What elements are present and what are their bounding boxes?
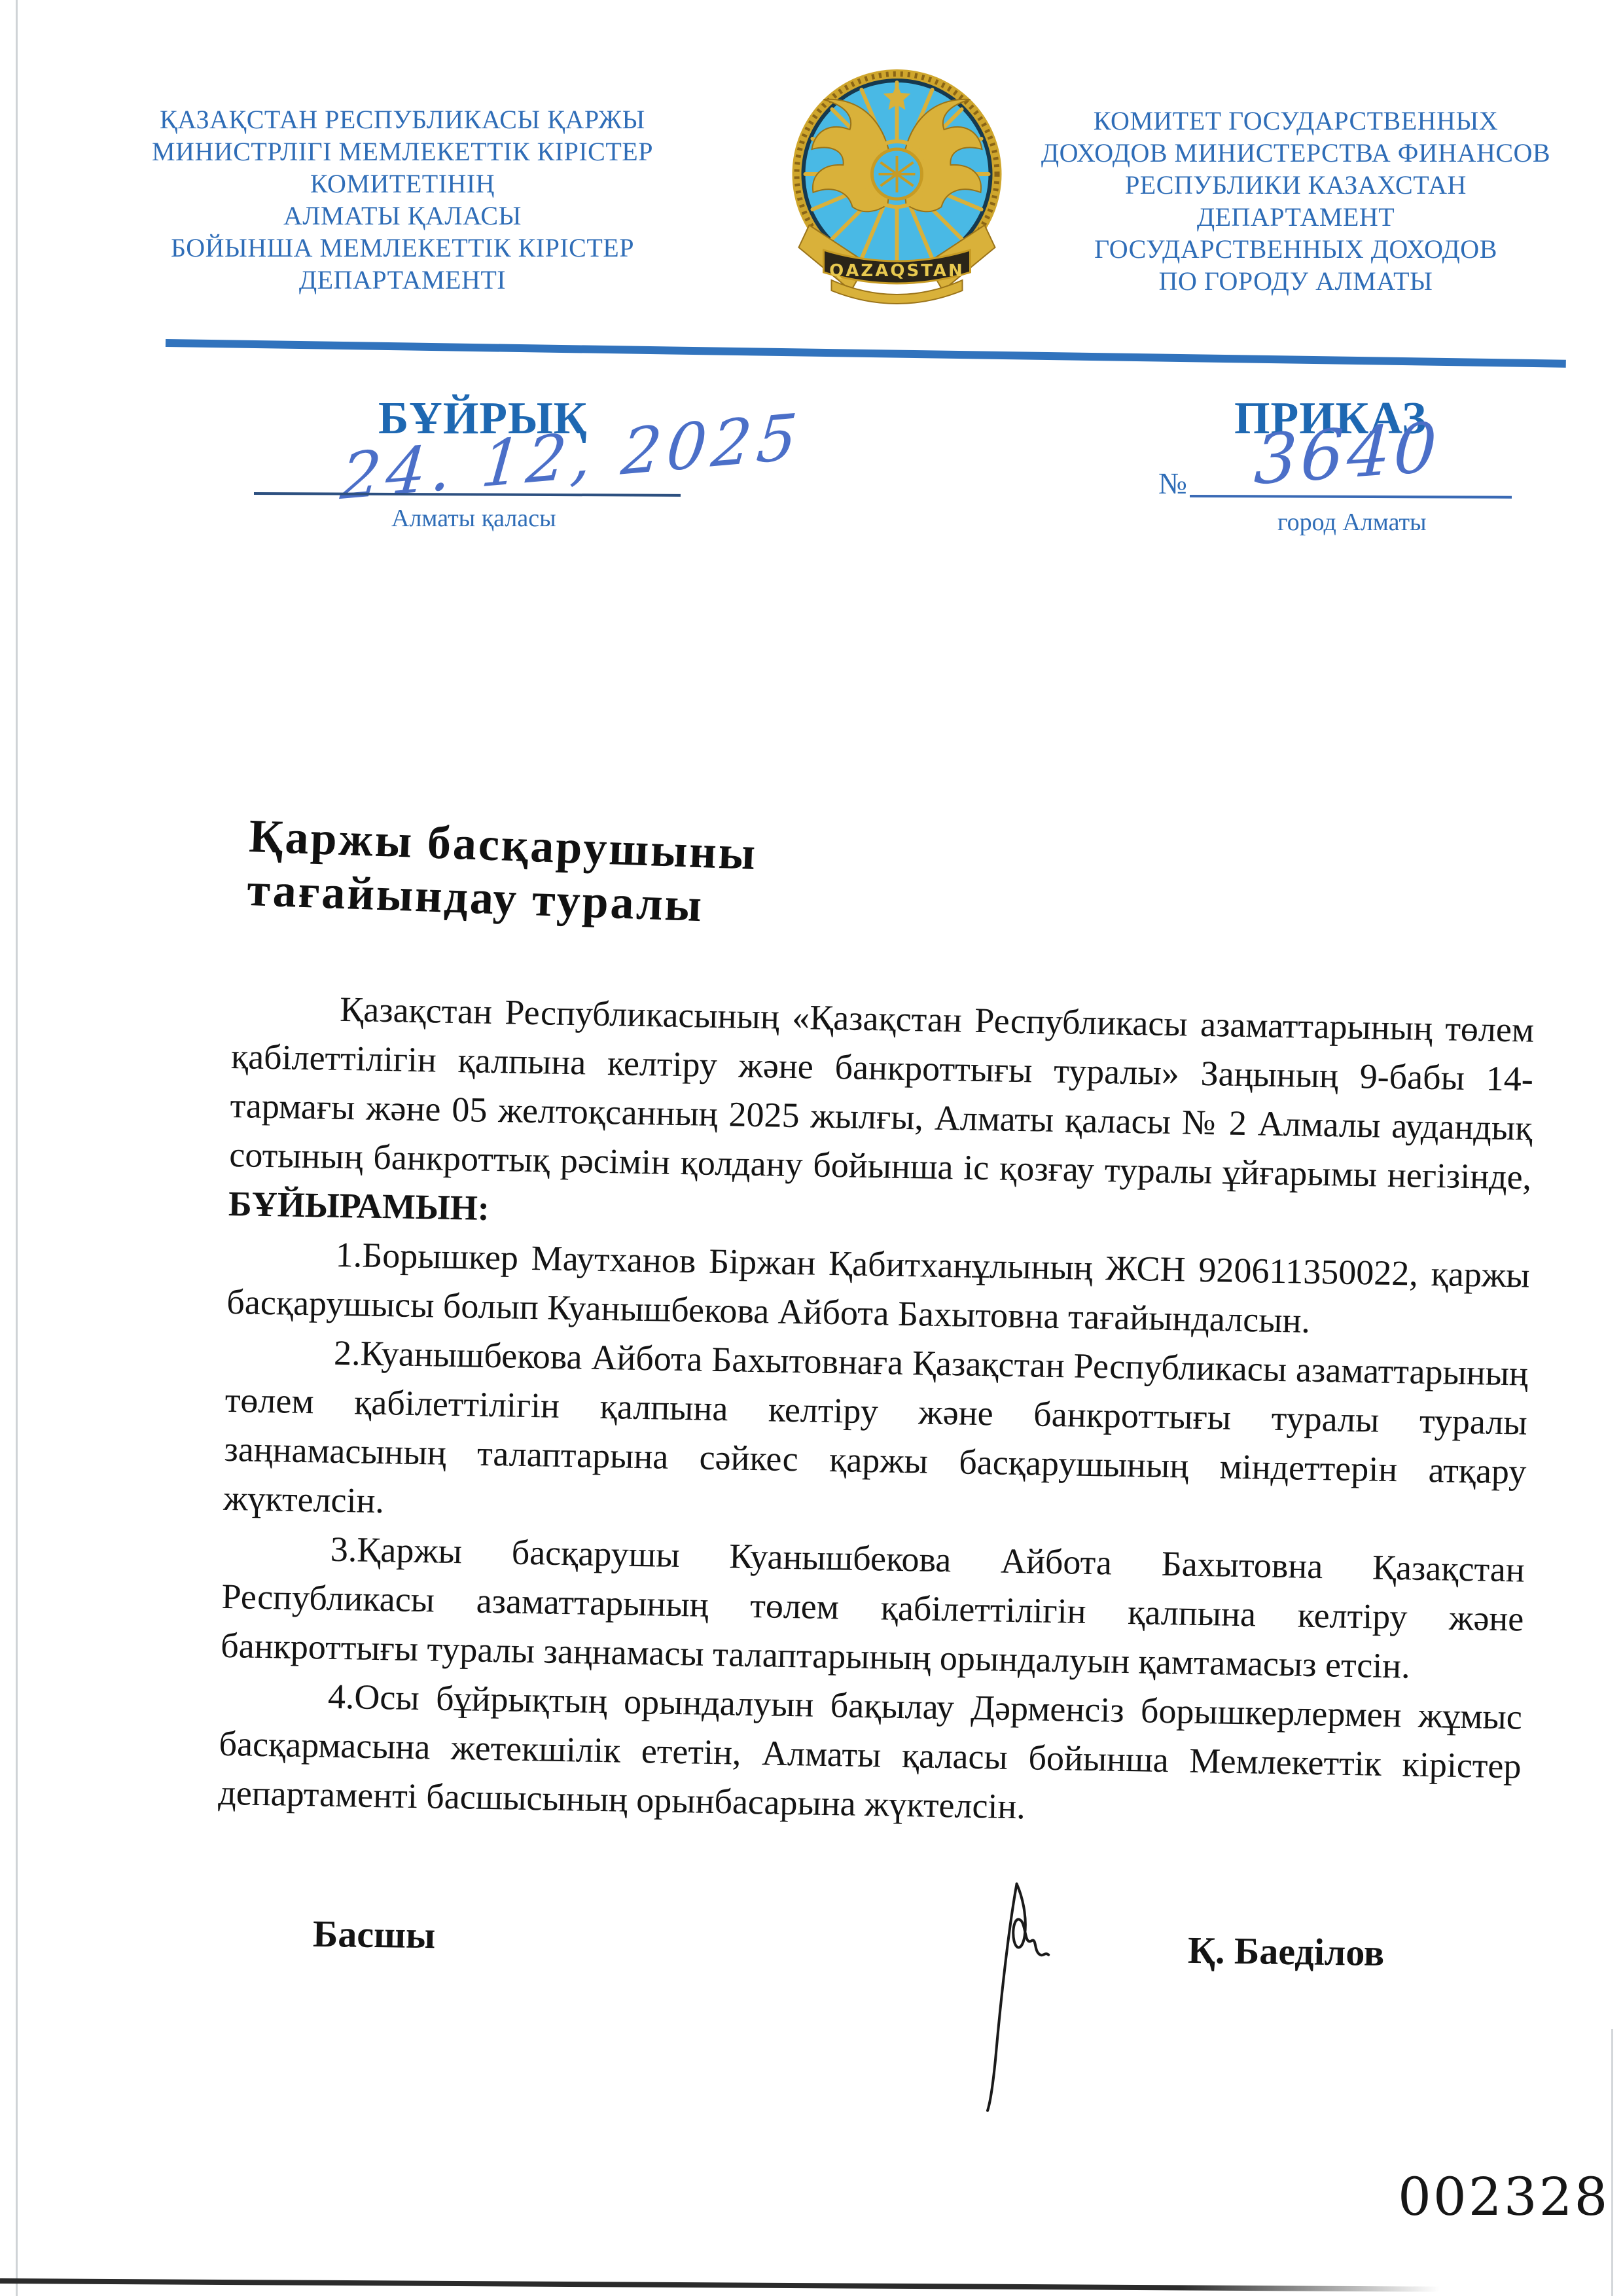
handwritten-signature: [952, 1867, 1073, 2125]
scan-edge-left: [16, 0, 18, 2296]
order-subject: Қаржы басқарушыны тағайындау туралы: [246, 809, 758, 934]
org-kk-line-5: БОЙЫНША МЕМЛЕКЕТТІК КІРІСТЕР: [72, 232, 733, 264]
header-separator-line: [166, 339, 1566, 368]
issue-place-kazakh: Алматы қаласы: [391, 504, 556, 533]
preamble-paragraph: Қазақстан Республикасының «Қазақстан Рес…: [228, 983, 1534, 1251]
org-kk-line-6: ДЕПАРТАМЕНТІ: [72, 264, 733, 296]
number-underline: [1190, 495, 1512, 499]
signer-name: Қ. Баеділов: [1188, 1928, 1385, 1975]
handwritten-order-number: 3640: [1253, 407, 1441, 500]
order-body: Қазақстан Республикасының «Қазақстан Рес…: [218, 983, 1535, 1840]
signer-position: Басшы: [313, 1912, 436, 1958]
kazakhstan-emblem-icon: QAZAQSTAN: [784, 64, 1010, 318]
org-ru-line-5: ГОСУДАРСТВЕННЫХ ДОХОДОВ: [1008, 233, 1584, 265]
scan-edge-bottom: [0, 2278, 1440, 2292]
org-ru-line-3: РЕСПУБЛИКИ КАЗАХСТАН: [1008, 169, 1584, 201]
preamble-text: Қазақстан Республикасының «Қазақстан Рес…: [229, 990, 1535, 1197]
preamble-ordering-word: БҰЙЫРАМЫН:: [228, 1184, 490, 1228]
org-ru-line-1: КОМИТЕТ ГОСУДАРСТВЕННЫХ: [1008, 105, 1584, 137]
emblem-banner-text: QAZAQSTAN: [829, 261, 965, 281]
org-kk-line-3: КОМИТЕТІНІҢ: [72, 168, 733, 200]
number-sign: №: [1158, 466, 1187, 501]
issue-place-russian: город Алматы: [1277, 508, 1427, 537]
order-item-4: 4.Осы бұйрықтың орындалуын бақылау Дәрме…: [218, 1670, 1523, 1840]
scan-edge-right: [1611, 2029, 1613, 2296]
org-name-kazakh: ҚАЗАҚСТАН РЕСПУБЛИКАСЫ ҚАРЖЫ МИНИСТРЛІГІ…: [72, 103, 733, 296]
org-ru-line-6: ПО ГОРОДУ АЛМАТЫ: [1008, 265, 1584, 297]
org-ru-line-2: ДОХОДОВ МИНИСТЕРСТВА ФИНАНСОВ: [1008, 137, 1584, 169]
org-kk-line-2: МИНИСТРЛІГІ МЕМЛЕКЕТТІК КІРІСТЕР: [72, 135, 733, 168]
org-ru-line-4: ДЕПАРТАМЕНТ: [1008, 201, 1584, 233]
form-number: 002328: [1398, 2166, 1609, 2227]
org-kk-line-1: ҚАЗАҚСТАН РЕСПУБЛИКАСЫ ҚАРЖЫ: [72, 103, 733, 135]
document-page: ҚАЗАҚСТАН РЕСПУБЛИКАСЫ ҚАРЖЫ МИНИСТРЛІГІ…: [0, 0, 1623, 2296]
emblem-svg: QAZAQSTAN: [784, 64, 1010, 318]
order-item-2: 2.Куанышбекова Айбота Бахытовнаға Қазақс…: [223, 1327, 1529, 1546]
order-item-3: 3.Қаржы басқарушы Куанышбекова Айбота Ба…: [221, 1523, 1525, 1693]
org-name-russian: КОМИТЕТ ГОСУДАРСТВЕННЫХ ДОХОДОВ МИНИСТЕР…: [1008, 105, 1584, 297]
org-kk-line-4: АЛМАТЫ ҚАЛАСЫ: [72, 200, 733, 232]
